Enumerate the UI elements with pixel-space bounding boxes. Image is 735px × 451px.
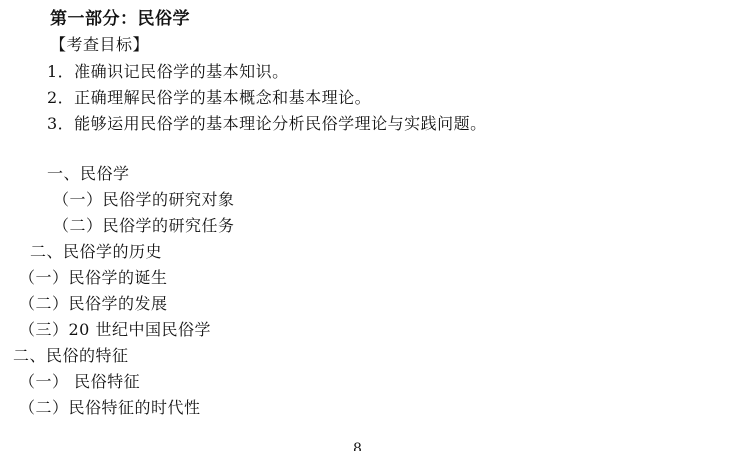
outline-subitem: （二）民俗特征的时代性: [19, 398, 201, 418]
outline-subitem: （一）民俗学的研究对象: [53, 190, 235, 210]
outline-subitem: （三）20 世纪中国民俗学: [19, 320, 211, 340]
outline-subitem: （一） 民俗特征: [19, 372, 140, 392]
outline-subitem: （二）民俗学的发展: [19, 294, 168, 314]
page-number: 8: [353, 441, 362, 451]
objectives-heading: 【考查目标】: [50, 35, 149, 55]
outline-heading: 二、民俗的特征: [13, 346, 129, 366]
outline-subitem: （二）民俗学的研究任务: [53, 216, 235, 236]
outline-heading: 二、民俗学的历史: [30, 242, 162, 262]
objective-item: 2．正确理解民俗学的基本概念和基本理论。: [47, 88, 371, 108]
section-title: 第一部分：民俗学: [50, 9, 190, 29]
objective-item: 1．准确识记民俗学的基本知识。: [47, 62, 289, 82]
outline-heading: 一、民俗学: [47, 164, 130, 184]
objective-item: 3．能够运用民俗学的基本理论分析民俗学理论与实践问题。: [47, 114, 487, 134]
outline-subitem: （一）民俗学的诞生: [19, 268, 168, 288]
